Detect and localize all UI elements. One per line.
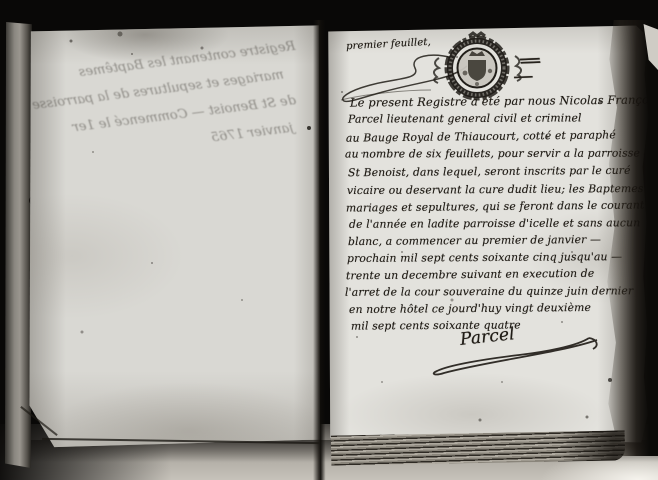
page-stack-edges [331,430,625,465]
register-scan: Registre contenant les Baptêmes mariages… [0,0,658,480]
manuscript-line: vicaire ou deservant la cure dudit lieu;… [347,182,644,197]
signature-flourish [427,330,607,378]
left-page: Registre contenant les Baptêmes mariages… [28,22,320,448]
manuscript-line: trente un decembre suivant en execution … [346,267,594,283]
manuscript-line: Parcel lieutenant general civil et crimi… [348,111,582,125]
bleedthrough-text: Registre contenant les Baptêmes mariages… [30,32,319,187]
manuscript-line: St Benoist, dans lequel, seront inscrits… [348,164,631,179]
right-page: premier feuillet, [327,24,649,444]
manuscript-line: de l'année en ladite parroisse d'icelle … [349,216,640,231]
book-gutter [313,20,327,480]
book-spine-edge [5,22,32,468]
manuscript-line: mariages et sepultures, qui se feront da… [346,198,645,214]
manuscript-line: l'arret de la cour souveraine du quinze … [345,284,633,299]
pen-dash: = [515,51,545,70]
pen-dash: — [512,69,535,85]
manuscript-line: prochain mil sept cents soixante cinq ju… [347,250,622,265]
manuscript-line: en notre hôtel ce jourd'huy vingt deuxiè… [349,301,591,316]
manuscript-line: blanc, a commencer au premier de janvier… [348,233,601,248]
ink-specks [0,0,2,2]
manuscript-line: au Bauge Royal de Thiaucourt, cotté et p… [346,128,616,144]
manuscript-line: Le present Registre a été par nous Nicol… [350,92,658,109]
